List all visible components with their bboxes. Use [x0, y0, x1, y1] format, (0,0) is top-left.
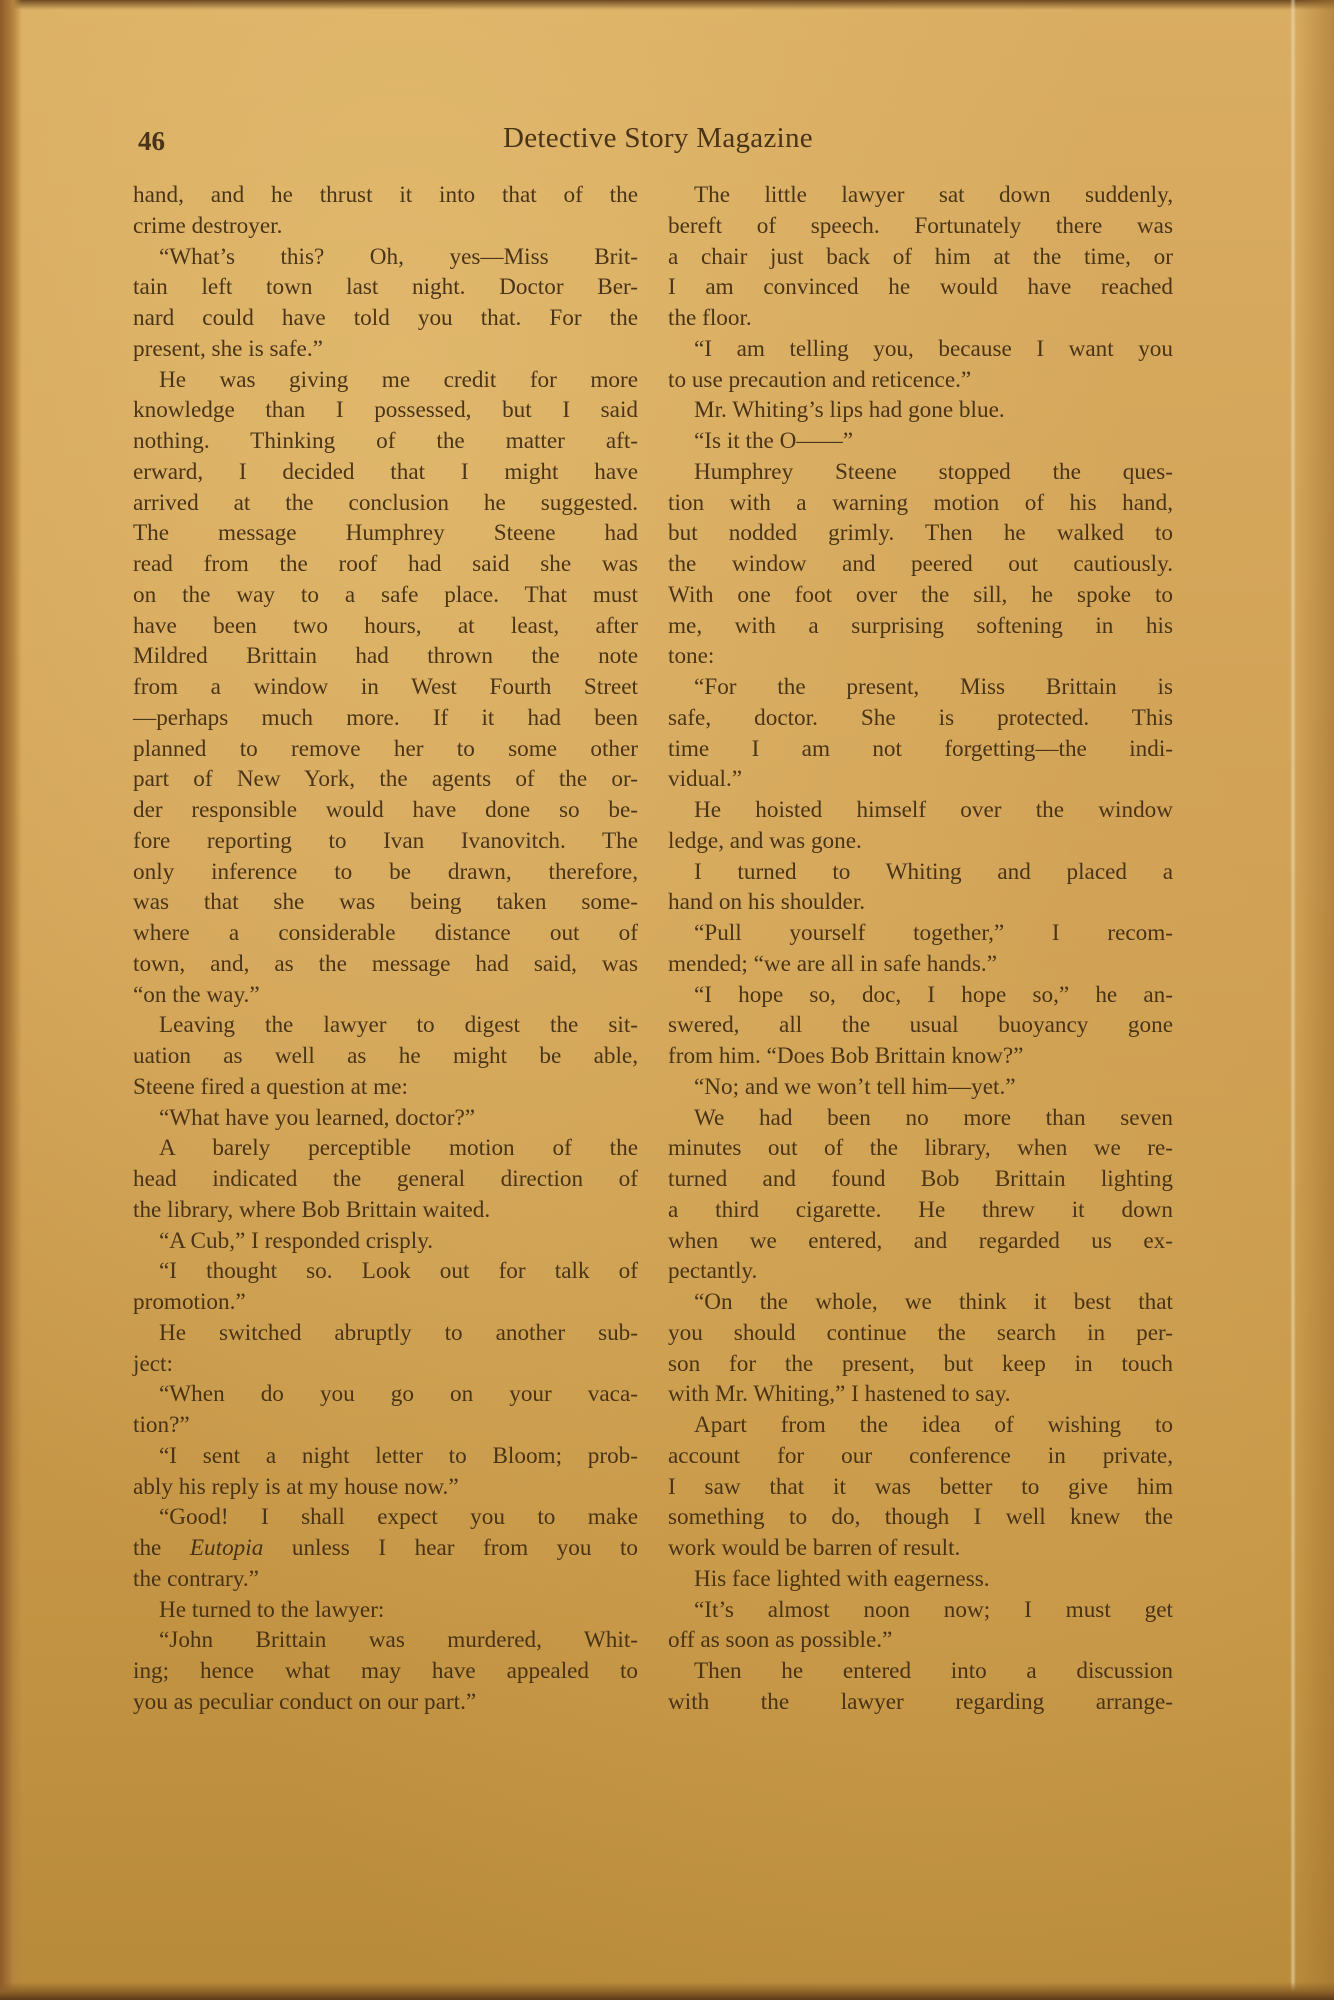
text-line: Apart from the idea of wishing to	[668, 1410, 1173, 1441]
paragraph: “Good! I shall expect you to makethe Eut…	[133, 1502, 638, 1594]
paragraph: hand, and he thrust it into that of thec…	[133, 180, 638, 242]
text-line: turned and found Bob Brittain lighting	[668, 1164, 1173, 1195]
text-line: He turned to the lawyer:	[133, 1595, 638, 1626]
text-line: swered, all the usual buoyancy gone	[668, 1010, 1173, 1041]
paragraph: The little lawyer sat down suddenly,bere…	[668, 180, 1173, 334]
text-line: to use precaution and reticence.”	[668, 365, 1173, 396]
text-line: vidual.”	[668, 764, 1173, 795]
paragraph: He turned to the lawyer:	[133, 1595, 638, 1626]
text-line: Leaving the lawyer to digest the sit-	[133, 1010, 638, 1041]
text-line: head indicated the general direction of	[133, 1164, 638, 1195]
text-line: safe, doctor. She is protected. This	[668, 703, 1173, 734]
text-line: tone:	[668, 641, 1173, 672]
text-line: a third cigarette. He threw it down	[668, 1195, 1173, 1226]
text-line: nothing. Thinking of the matter aft-	[133, 426, 638, 457]
text-line: planned to remove her to some other	[133, 734, 638, 765]
text-line: “Is it the O——”	[668, 426, 1173, 457]
text-line: He was giving me credit for more	[133, 365, 638, 396]
text-line: erward, I decided that I might have	[133, 457, 638, 488]
text-line: only inference to be drawn, therefore,	[133, 857, 638, 888]
text-line: We had been no more than seven	[668, 1103, 1173, 1134]
text-line: “On the whole, we think it best that	[668, 1287, 1173, 1318]
magazine-page: 46 Detective Story Magazine hand, and he…	[0, 0, 1334, 2000]
text-line: with Mr. Whiting,” I hastened to say.	[668, 1379, 1173, 1410]
text-line: uation as well as he might be able,	[133, 1041, 638, 1072]
text-line: minutes out of the library, when we re-	[668, 1133, 1173, 1164]
paragraph: A barely perceptible motion of thehead i…	[133, 1133, 638, 1225]
text-line: town, and, as the message had said, was	[133, 949, 638, 980]
text-line: promotion.”	[133, 1287, 638, 1318]
text-line: I am convinced he would have reached	[668, 272, 1173, 303]
paragraph: “It’s almost noon now; I must getoff as …	[668, 1595, 1173, 1657]
text-line: the Eutopia unless I hear from you to	[133, 1533, 638, 1564]
paragraph: “I am telling you, because I want youto …	[668, 334, 1173, 396]
text-column-right: The little lawyer sat down suddenly,bere…	[668, 180, 1173, 1718]
paragraph: He hoisted himself over the windowledge,…	[668, 795, 1173, 857]
text-line: “I am telling you, because I want you	[668, 334, 1173, 365]
text-line: knowledge than I possessed, but I said	[133, 395, 638, 426]
paragraph: Then he entered into a discussionwith th…	[668, 1656, 1173, 1718]
paragraph: “No; and we won’t tell him—yet.”	[668, 1072, 1173, 1103]
text-line: read from the roof had said she was	[133, 549, 638, 580]
text-line: have been two hours, at least, after	[133, 611, 638, 642]
text-line: “No; and we won’t tell him—yet.”	[668, 1072, 1173, 1103]
text-line: “What have you learned, doctor?”	[133, 1103, 638, 1134]
paragraph: “John Brittain was murdered, Whit-ing; h…	[133, 1625, 638, 1717]
text-line: account for our conference in private,	[668, 1441, 1173, 1472]
text-line: son for the present, but keep in touch	[668, 1349, 1173, 1380]
paragraph: Humphrey Steene stopped the ques-tion wi…	[668, 457, 1173, 672]
paragraph: I turned to Whiting and placed ahand on …	[668, 857, 1173, 919]
text-line: me, with a surprising softening in his	[668, 611, 1173, 642]
text-line: His face lighted with eagerness.	[668, 1564, 1173, 1595]
text-line: ject:	[133, 1349, 638, 1380]
text-line: “It’s almost noon now; I must get	[668, 1595, 1173, 1626]
text-line: Mr. Whiting’s lips had gone blue.	[668, 395, 1173, 426]
text-line: “John Brittain was murdered, Whit-	[133, 1625, 638, 1656]
text-line: The little lawyer sat down suddenly,	[668, 180, 1173, 211]
running-head: Detective Story Magazine	[138, 122, 1178, 155]
text-line: Then he entered into a discussion	[668, 1656, 1173, 1687]
text-line: work would be barren of result.	[668, 1533, 1173, 1564]
page-header: 46 Detective Story Magazine	[138, 122, 1178, 162]
text-line: Mildred Brittain had thrown the note	[133, 641, 638, 672]
text-line: from him. “Does Bob Brittain know?”	[668, 1041, 1173, 1072]
text-line: tion with a warning motion of his hand,	[668, 488, 1173, 519]
text-line: off as soon as possible.”	[668, 1625, 1173, 1656]
text-line: arrived at the conclusion he suggested.	[133, 488, 638, 519]
paragraph: Mr. Whiting’s lips had gone blue.	[668, 395, 1173, 426]
text-line: With one foot over the sill, he spoke to	[668, 580, 1173, 611]
paragraph: “Is it the O——”	[668, 426, 1173, 457]
paragraph: His face lighted with eagerness.	[668, 1564, 1173, 1595]
text-line: der responsible would have done so be-	[133, 795, 638, 826]
text-line: hand, and he thrust it into that of the	[133, 180, 638, 211]
text-line: Humphrey Steene stopped the ques-	[668, 457, 1173, 488]
text-line: I turned to Whiting and placed a	[668, 857, 1173, 888]
text-line: mended; “we are all in safe hands.”	[668, 949, 1173, 980]
text-line: the contrary.”	[133, 1564, 638, 1595]
text-line: “Pull yourself together,” I recom-	[668, 918, 1173, 949]
page-right-edge	[1294, 0, 1334, 2000]
page-fold-crease	[1290, 0, 1296, 2000]
text-line: “on the way.”	[133, 980, 638, 1011]
text-line: “When do you go on your vaca-	[133, 1379, 638, 1410]
text-line: the floor.	[668, 303, 1173, 334]
text-line: He hoisted himself over the window	[668, 795, 1173, 826]
text-line: bereft of speech. Fortunately there was	[668, 211, 1173, 242]
text-line: “What’s this? Oh, yes—Miss Brit-	[133, 242, 638, 273]
paragraph: Apart from the idea of wishing toaccount…	[668, 1410, 1173, 1564]
text-line: time I am not forgetting—the indi-	[668, 734, 1173, 765]
text-line: I saw that it was better to give him	[668, 1472, 1173, 1503]
text-line: from a window in West Fourth Street	[133, 672, 638, 703]
paragraph: We had been no more than sevenminutes ou…	[668, 1103, 1173, 1288]
text-line: fore reporting to Ivan Ivanovitch. The	[133, 826, 638, 857]
text-line: with the lawyer regarding arrange-	[668, 1687, 1173, 1718]
paragraph: “When do you go on your vaca-tion?”	[133, 1379, 638, 1441]
text-line: hand on his shoulder.	[668, 887, 1173, 918]
text-line: pectantly.	[668, 1256, 1173, 1287]
text-line: on the way to a safe place. That must	[133, 580, 638, 611]
text-line: was that she was being taken some-	[133, 887, 638, 918]
page-bottom-edge	[0, 1982, 1334, 2000]
paragraph: “I sent a night letter to Bloom; prob-ab…	[133, 1441, 638, 1503]
text-line: “I sent a night letter to Bloom; prob-	[133, 1441, 638, 1472]
paragraph: He switched abruptly to another sub-ject…	[133, 1318, 638, 1380]
paragraph: “I thought so. Look out for talk ofpromo…	[133, 1256, 638, 1318]
italic-term: Eutopia	[190, 1535, 263, 1561]
paragraph: “A Cub,” I responded crisply.	[133, 1226, 638, 1257]
text-line: tion?”	[133, 1410, 638, 1441]
text-line: the window and peered out cautiously.	[668, 549, 1173, 580]
text-line: present, she is safe.”	[133, 334, 638, 365]
page-top-edge	[0, 0, 1334, 10]
paragraph: “What have you learned, doctor?”	[133, 1103, 638, 1134]
text-line: —perhaps much more. If it had been	[133, 703, 638, 734]
paragraph: “What’s this? Oh, yes—Miss Brit-tain lef…	[133, 242, 638, 365]
paragraph: He was giving me credit for moreknowledg…	[133, 365, 638, 1011]
text-line: “A Cub,” I responded crisply.	[133, 1226, 638, 1257]
page-left-edge	[0, 0, 22, 2000]
text-line: He switched abruptly to another sub-	[133, 1318, 638, 1349]
text-column-left: hand, and he thrust it into that of thec…	[133, 180, 638, 1718]
text-line: part of New York, the agents of the or-	[133, 764, 638, 795]
text-line: something to do, though I well knew the	[668, 1502, 1173, 1533]
text-line: nard could have told you that. For the	[133, 303, 638, 334]
text-line: “I hope so, doc, I hope so,” he an-	[668, 980, 1173, 1011]
text-line: but nodded grimly. Then he walked to	[668, 518, 1173, 549]
paragraph: “For the present, Miss Brittain issafe, …	[668, 672, 1173, 795]
paragraph: “I hope so, doc, I hope so,” he an-swere…	[668, 980, 1173, 1072]
text-line: The message Humphrey Steene had	[133, 518, 638, 549]
text-line: you should continue the search in per-	[668, 1318, 1173, 1349]
text-line: “For the present, Miss Brittain is	[668, 672, 1173, 703]
paragraph: “On the whole, we think it best thatyou …	[668, 1287, 1173, 1410]
text-line: Steene fired a question at me:	[133, 1072, 638, 1103]
text-line: “I thought so. Look out for talk of	[133, 1256, 638, 1287]
text-line: when we entered, and regarded us ex-	[668, 1226, 1173, 1257]
text-line: crime destroyer.	[133, 211, 638, 242]
text-line: where a considerable distance out of	[133, 918, 638, 949]
text-line: ing; hence what may have appealed to	[133, 1656, 638, 1687]
text-line: you as peculiar conduct on our part.”	[133, 1687, 638, 1718]
paragraph: “Pull yourself together,” I recom-mended…	[668, 918, 1173, 980]
text-line: a chair just back of him at the time, or	[668, 242, 1173, 273]
text-line: the library, where Bob Brittain waited.	[133, 1195, 638, 1226]
text-line: ably his reply is at my house now.”	[133, 1472, 638, 1503]
text-line: tain left town last night. Doctor Ber-	[133, 272, 638, 303]
text-line: A barely perceptible motion of the	[133, 1133, 638, 1164]
text-line: “Good! I shall expect you to make	[133, 1502, 638, 1533]
paragraph: Leaving the lawyer to digest the sit-uat…	[133, 1010, 638, 1102]
text-line: ledge, and was gone.	[668, 826, 1173, 857]
